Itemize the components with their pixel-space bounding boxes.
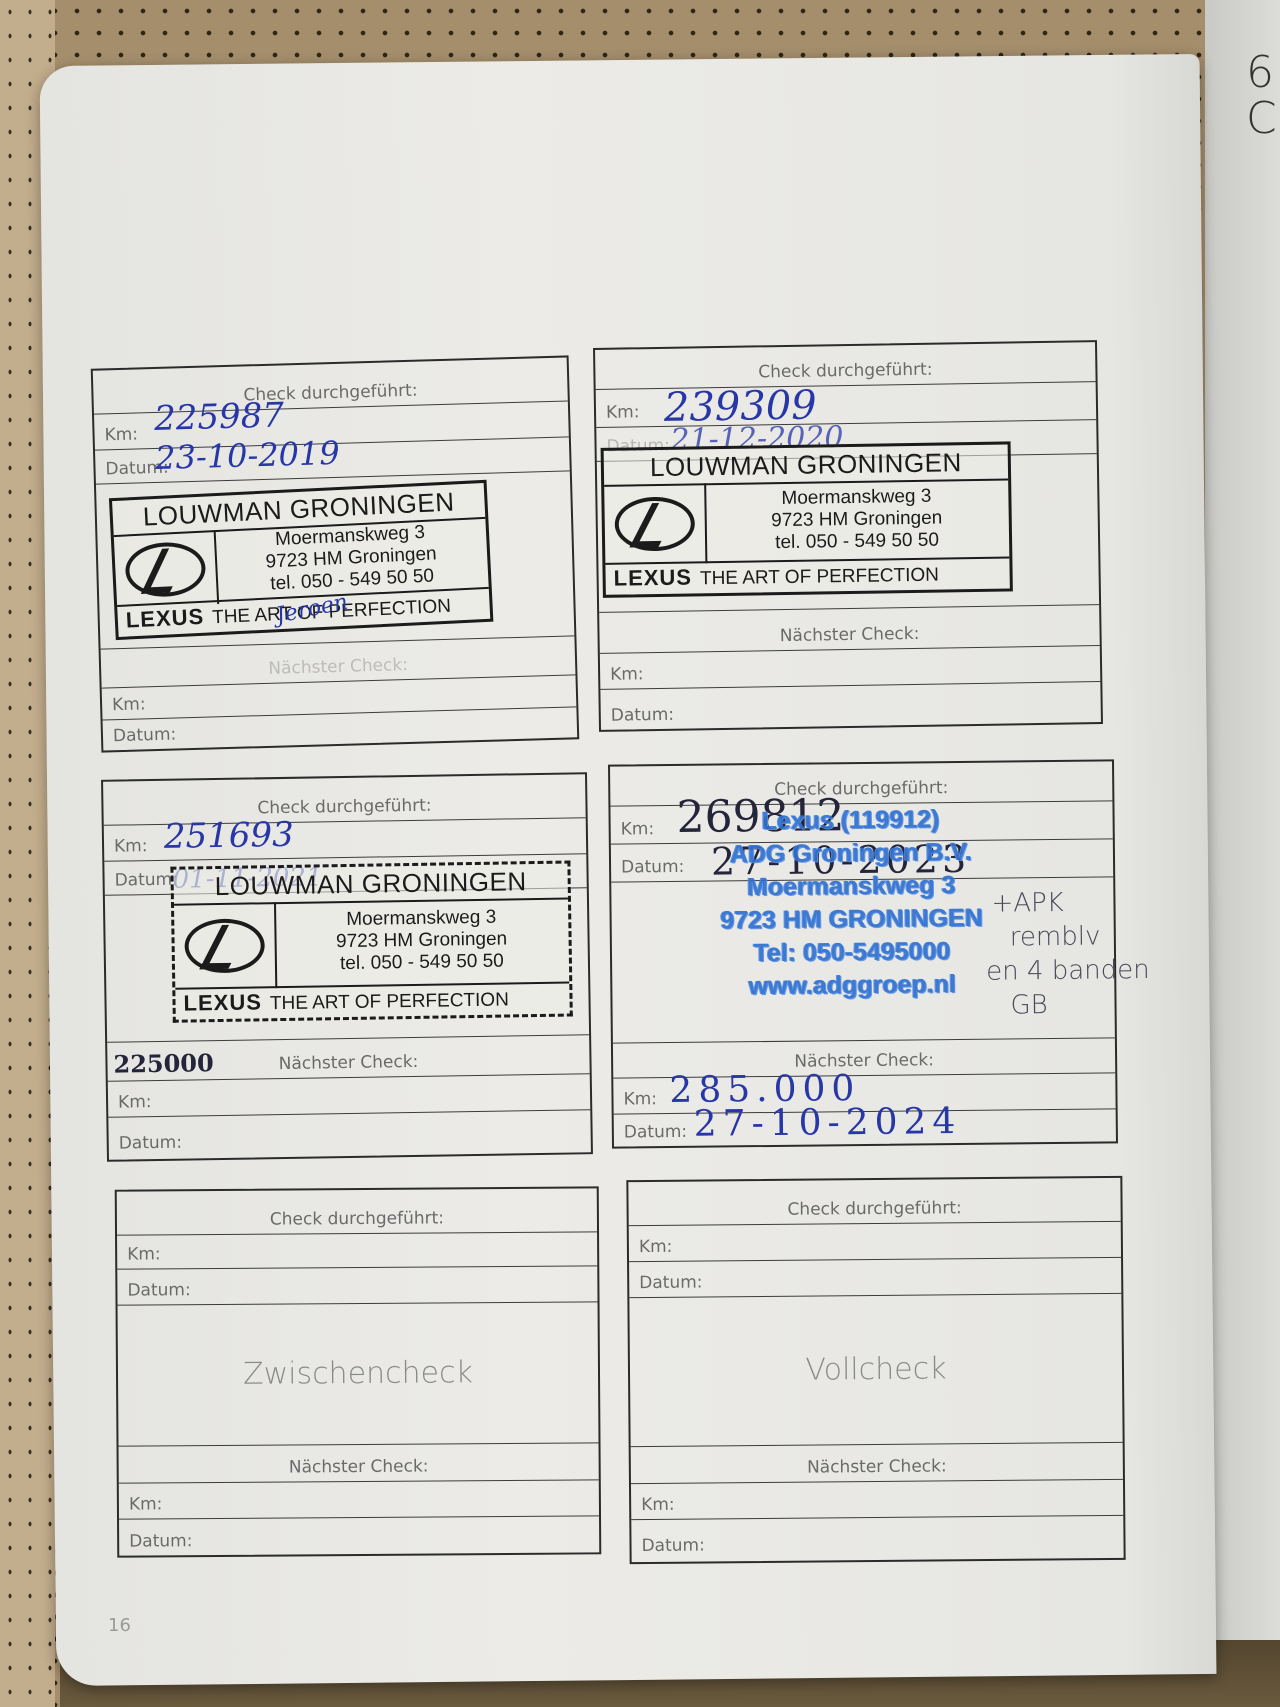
check-type-label: Vollcheck bbox=[630, 1350, 1122, 1389]
check-done-label: Check durchgeführt: bbox=[117, 1207, 597, 1230]
handwritten-next-note: 225000 bbox=[113, 1048, 214, 1079]
service-card-5: Check durchgeführt: Km: Datum: Zwischenc… bbox=[115, 1186, 602, 1557]
next-km-label: Km: bbox=[118, 1092, 152, 1113]
next-check-label: Nächster Check: bbox=[599, 621, 1099, 649]
date-label: Datum: bbox=[639, 1273, 702, 1294]
handwritten-km: 225987 bbox=[154, 395, 285, 439]
km-label: Km: bbox=[104, 424, 138, 445]
next-check-label: Nächster Check: bbox=[631, 1455, 1123, 1479]
next-km-label: Km: bbox=[112, 694, 146, 715]
service-card-6: Check durchgeführt: Km: Datum: Vollcheck… bbox=[626, 1176, 1125, 1564]
next-date-label: Datum: bbox=[129, 1531, 192, 1551]
next-check-label: Nächster Check: bbox=[119, 1455, 599, 1478]
km-label: Km: bbox=[114, 836, 148, 857]
next-km-label: Km: bbox=[129, 1494, 163, 1514]
next-page-edge bbox=[1205, 0, 1280, 1640]
next-km-label: Km: bbox=[610, 664, 644, 685]
check-done-label: Check durchgeführt: bbox=[629, 1197, 1121, 1221]
dealer-stamp-louwman: LOUWMAN GRONINGEN Moermanskweg 3 9723 HM… bbox=[170, 860, 572, 1022]
date-label: Datum: bbox=[127, 1280, 190, 1300]
handwritten-next-date: 27-10-2024 bbox=[694, 1101, 962, 1145]
lexus-logo-icon bbox=[184, 918, 265, 973]
handwritten-service-note: +APK remblv en 4 banden GB bbox=[991, 885, 1150, 1023]
next-km-label: Km: bbox=[641, 1495, 675, 1515]
dealer-stamp-louwman: LOUWMAN GRONINGEN Moermanskweg 3 9723 HM… bbox=[601, 441, 1013, 597]
km-label: Km: bbox=[127, 1244, 161, 1264]
service-card-3: Check durchgeführt: Km: Datum: Nächster … bbox=[101, 772, 593, 1162]
check-type-label: Zwischencheck bbox=[118, 1354, 598, 1392]
date-label: Datum: bbox=[114, 870, 178, 891]
handwritten-date: 23-10-2019 bbox=[155, 434, 340, 477]
next-date-label: Datum: bbox=[119, 1133, 183, 1154]
next-date-label: Datum: bbox=[641, 1536, 704, 1557]
km-label: Km: bbox=[606, 402, 640, 423]
next-date-label: Datum: bbox=[113, 725, 177, 747]
next-date-label: Datum: bbox=[624, 1122, 687, 1143]
lexus-logo-icon bbox=[614, 496, 695, 551]
handwritten-km: 251693 bbox=[164, 815, 294, 857]
service-card-2: Check durchgeführt: Km: Datum: Nächster … bbox=[593, 340, 1103, 732]
margin-handwriting: 6 C bbox=[1246, 50, 1277, 142]
next-date-label: Datum: bbox=[611, 705, 675, 726]
service-card-1: Check durchgeführt: Km: Datum: Nächster … bbox=[91, 355, 580, 752]
page-number: 16 bbox=[108, 1615, 131, 1636]
km-label: Km: bbox=[639, 1237, 673, 1257]
service-card-4: Check durchgeführt: Km: Datum: Nächster … bbox=[608, 759, 1118, 1148]
next-km-label: Km: bbox=[623, 1089, 657, 1109]
km-label: Km: bbox=[621, 819, 655, 839]
dealer-stamp-adg: Lexus (119912) ADG Groningen B.V. Moerma… bbox=[670, 802, 1032, 1004]
check-done-label: Check durchgeführt: bbox=[595, 357, 1095, 385]
lexus-logo-icon bbox=[124, 541, 207, 599]
